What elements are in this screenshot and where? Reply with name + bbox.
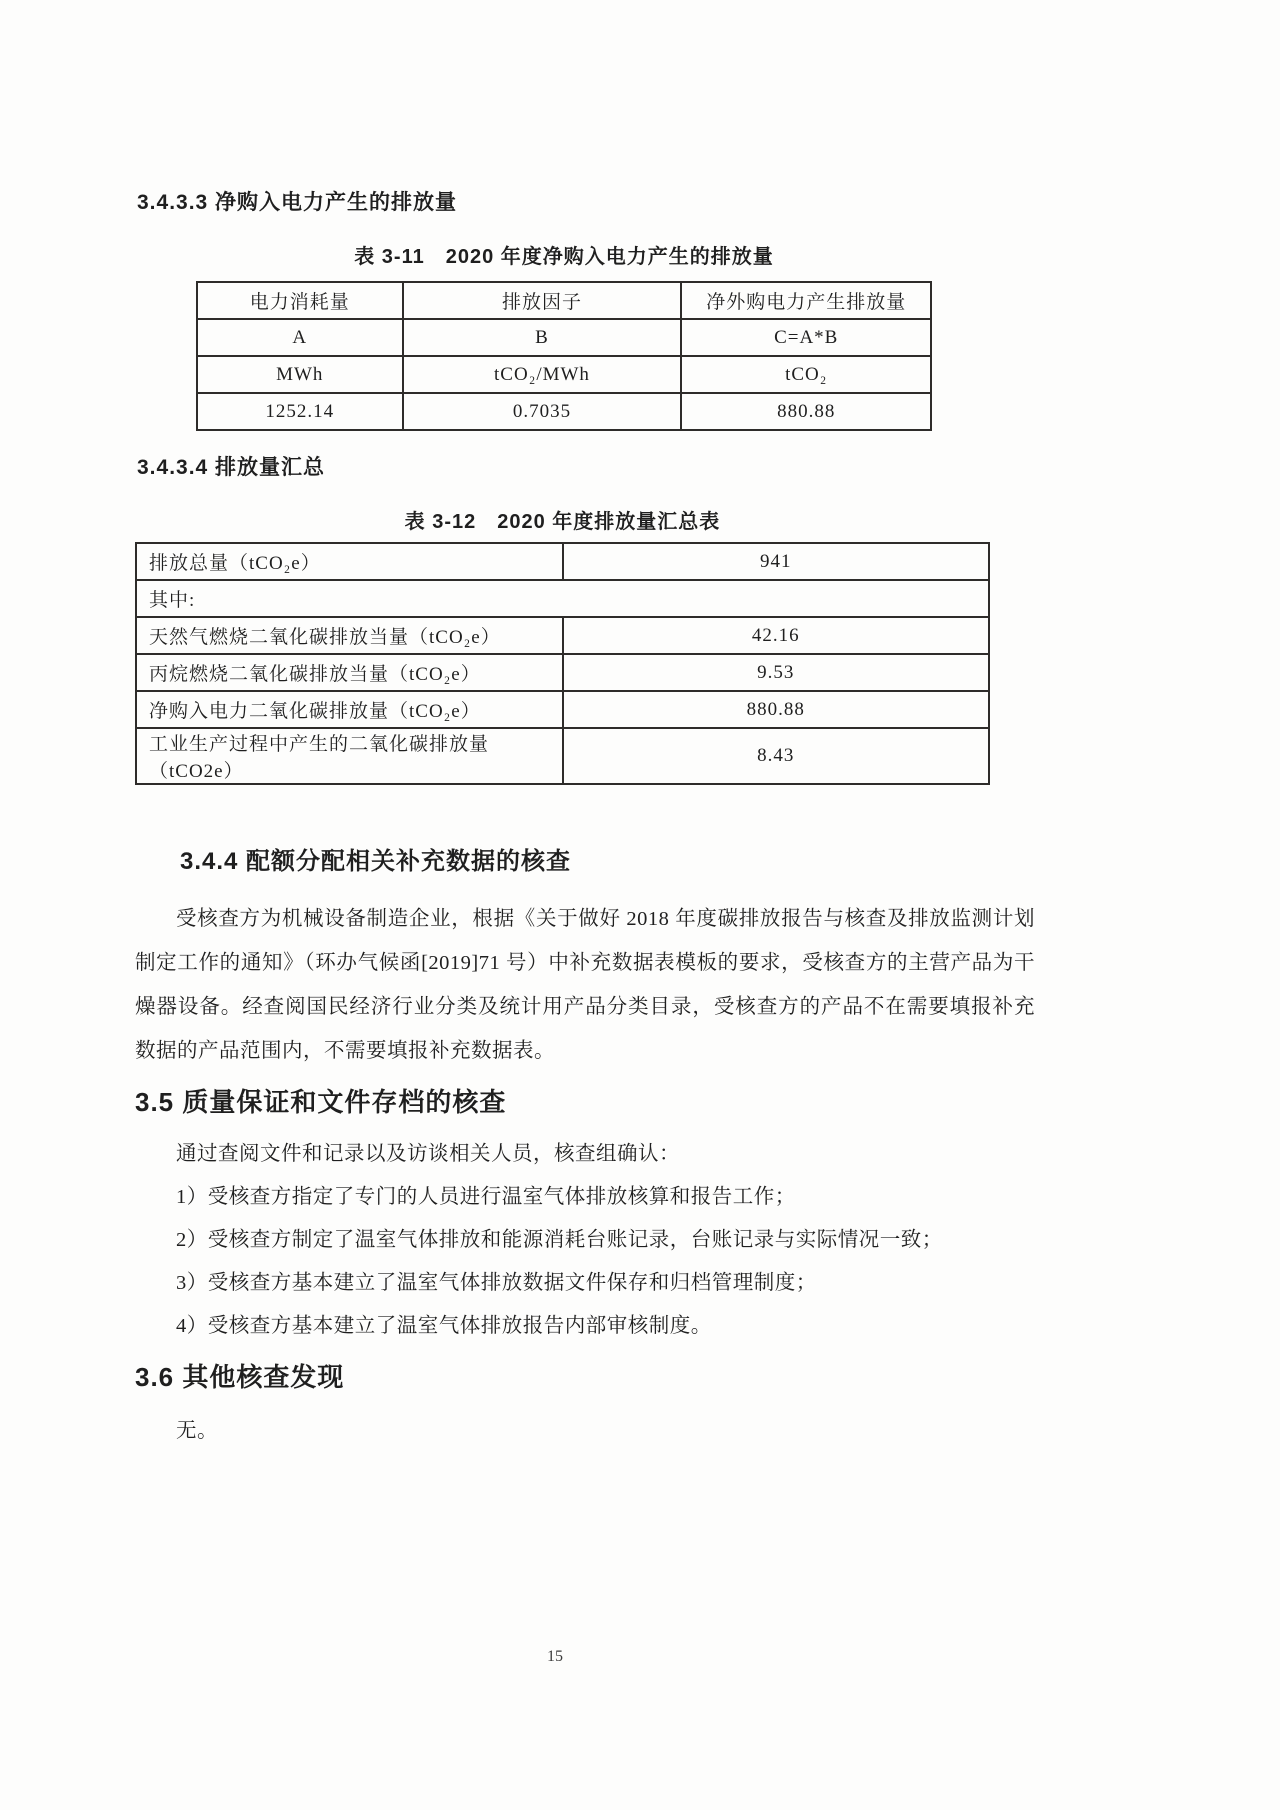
table-cell: 0.7035 bbox=[403, 393, 682, 430]
table-row: 排放总量（tCO₂e） 941 bbox=[136, 543, 989, 580]
list-item: 3）受核查方基本建立了温室气体排放数据文件保存和归档管理制度； bbox=[135, 1262, 1035, 1305]
table-row: 丙烷燃烧二氧化碳排放当量（tCO₂e） 9.53 bbox=[136, 654, 989, 691]
list-item: 2）受核查方制定了温室气体排放和能源消耗台账记录，台账记录与实际情况一致； bbox=[135, 1219, 1035, 1262]
table-cell: 9.53 bbox=[563, 654, 990, 691]
table-3-11-caption: 表 3-11 2020 年度净购入电力产生的排放量 bbox=[196, 244, 932, 270]
verification-findings-list: 1）受核查方指定了专门的人员进行温室气体排放核算和报告工作； 2）受核查方制定了… bbox=[135, 1176, 1035, 1348]
table-cell: tCO₂ bbox=[681, 356, 931, 393]
table-cell: 8.43 bbox=[563, 728, 990, 784]
table-cell: 42.16 bbox=[563, 617, 990, 654]
list-item: 4）受核查方基本建立了温室气体排放报告内部审核制度。 bbox=[135, 1305, 1035, 1348]
list-item: 1）受核查方指定了专门的人员进行温室气体排放核算和报告工作； bbox=[135, 1176, 1035, 1219]
table-row: 1252.14 0.7035 880.88 bbox=[197, 393, 931, 430]
table-row: 净购入电力二氧化碳排放量（tCO₂e） 880.88 bbox=[136, 691, 989, 728]
section-heading-3-4-4: 3.4.4 配额分配相关补充数据的核查 bbox=[180, 847, 1035, 877]
page-content: 3.4.3.3 净购入电力产生的排放量 表 3-11 2020 年度净购入电力产… bbox=[135, 0, 1035, 1453]
page-number: 15 bbox=[0, 1648, 1110, 1666]
table-cell: 880.88 bbox=[681, 393, 931, 430]
table-cell: 941 bbox=[563, 543, 990, 580]
section-3-4-4-paragraph: 受核查方为机械设备制造企业，根据《关于做好 2018 年度碳排放报告与核查及排放… bbox=[135, 897, 1035, 1073]
section-heading-3-6: 3.6 其他核查发现 bbox=[135, 1360, 1035, 1394]
section-3-6-body: 无。 bbox=[135, 1410, 1035, 1453]
table-3-12: 排放总量（tCO₂e） 941 其中: 天然气燃烧二氧化碳排放当量（tCO₂e）… bbox=[135, 542, 990, 785]
table-row: 其中: bbox=[136, 580, 989, 617]
table-3-11: 电力消耗量 排放因子 净外购电力产生排放量 A B C=A*B MWh tCO₂… bbox=[196, 281, 932, 431]
table-cell: 880.88 bbox=[563, 691, 990, 728]
table-cell: 排放因子 bbox=[403, 282, 682, 319]
section-heading-3-5: 3.5 质量保证和文件存档的核查 bbox=[135, 1085, 1035, 1119]
table-3-12-caption: 表 3-12 2020 年度排放量汇总表 bbox=[135, 509, 990, 535]
table-cell: 1252.14 bbox=[197, 393, 403, 430]
table-cell: tCO₂/MWh bbox=[403, 356, 682, 393]
table-cell: 净购入电力二氧化碳排放量（tCO₂e） bbox=[136, 691, 563, 728]
table-cell: 排放总量（tCO₂e） bbox=[136, 543, 563, 580]
table-row: 天然气燃烧二氧化碳排放当量（tCO₂e） 42.16 bbox=[136, 617, 989, 654]
section-heading-3-4-3-4: 3.4.3.4 排放量汇总 bbox=[137, 455, 1035, 481]
table-row: A B C=A*B bbox=[197, 319, 931, 356]
table-cell: A bbox=[197, 319, 403, 356]
table-cell: 净外购电力产生排放量 bbox=[681, 282, 931, 319]
table-cell: 天然气燃烧二氧化碳排放当量（tCO₂e） bbox=[136, 617, 563, 654]
table-cell: 电力消耗量 bbox=[197, 282, 403, 319]
section-heading-3-4-3-3: 3.4.3.3 净购入电力产生的排放量 bbox=[137, 190, 1035, 216]
table-cell: B bbox=[403, 319, 682, 356]
table-cell: 工业生产过程中产生的二氧化碳排放量（tCO2e） bbox=[136, 728, 563, 784]
table-cell: C=A*B bbox=[681, 319, 931, 356]
table-cell: 丙烷燃烧二氧化碳排放当量（tCO₂e） bbox=[136, 654, 563, 691]
table-cell: 其中: bbox=[136, 580, 989, 617]
table-row: MWh tCO₂/MWh tCO₂ bbox=[197, 356, 931, 393]
table-cell: MWh bbox=[197, 356, 403, 393]
table-row: 电力消耗量 排放因子 净外购电力产生排放量 bbox=[197, 282, 931, 319]
section-3-5-intro: 通过查阅文件和记录以及访谈相关人员，核查组确认： bbox=[135, 1133, 1035, 1176]
table-row: 工业生产过程中产生的二氧化碳排放量（tCO2e） 8.43 bbox=[136, 728, 989, 784]
document-page: 3.4.3.3 净购入电力产生的排放量 表 3-11 2020 年度净购入电力产… bbox=[0, 0, 1280, 1810]
